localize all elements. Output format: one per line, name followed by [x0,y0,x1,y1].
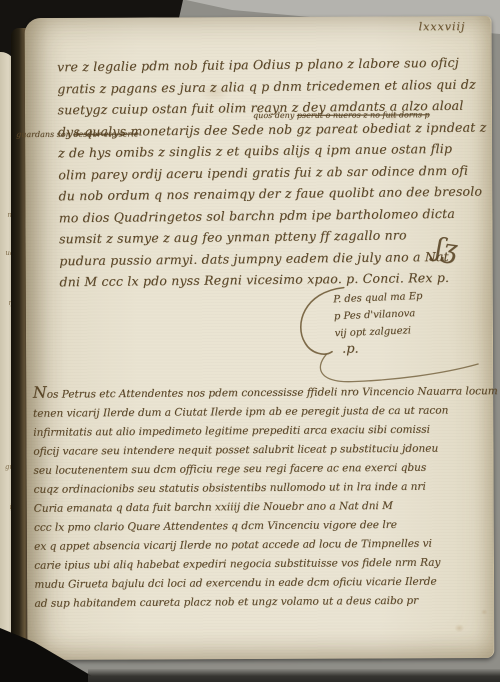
table-edge-shadow [88,669,500,682]
paragraph-end-flourish: ʃʒ [434,235,459,264]
manuscript-line: cuqz ordinacionibs seu statutis obsisten… [34,477,492,500]
annotation-flourish: .p. [342,343,359,357]
upper-text-block: vre z legalie pdm nob fuit ipa Odius p p… [57,52,482,293]
lower-text-block: Nos Petrus etc Attendentes nos pdem conc… [33,379,493,614]
interlinear-struck-text: pserut o nueros z no fuit dorns p [297,110,430,120]
manuscript-photo: muarjguij lxxxviij vre z legalie pdm nob… [0,0,500,682]
manuscript-line: ad sup habitandem caureta placz nob et u… [34,591,492,614]
folio-number: lxxxviij [419,20,466,34]
margin-note: guardans son desdor etc serie [16,130,138,140]
interlinear-correction: quos deny pserut o nueros z no fuit dorn… [253,110,430,120]
margin-struck-text: desdor etc serie [73,130,138,139]
manuscript-page: lxxxviij vre z legalie pdm nob fuit ipa … [25,16,495,660]
manuscript-line: mudu Girueta bajulu dci loci ad exercend… [34,572,492,595]
interlinear-plain-text: quos deny [253,111,297,120]
notarial-annotation: P. des qual ma Epp Pes d'vilanovavij opt… [333,285,487,342]
margin-plain-text: guardans son [16,130,73,139]
